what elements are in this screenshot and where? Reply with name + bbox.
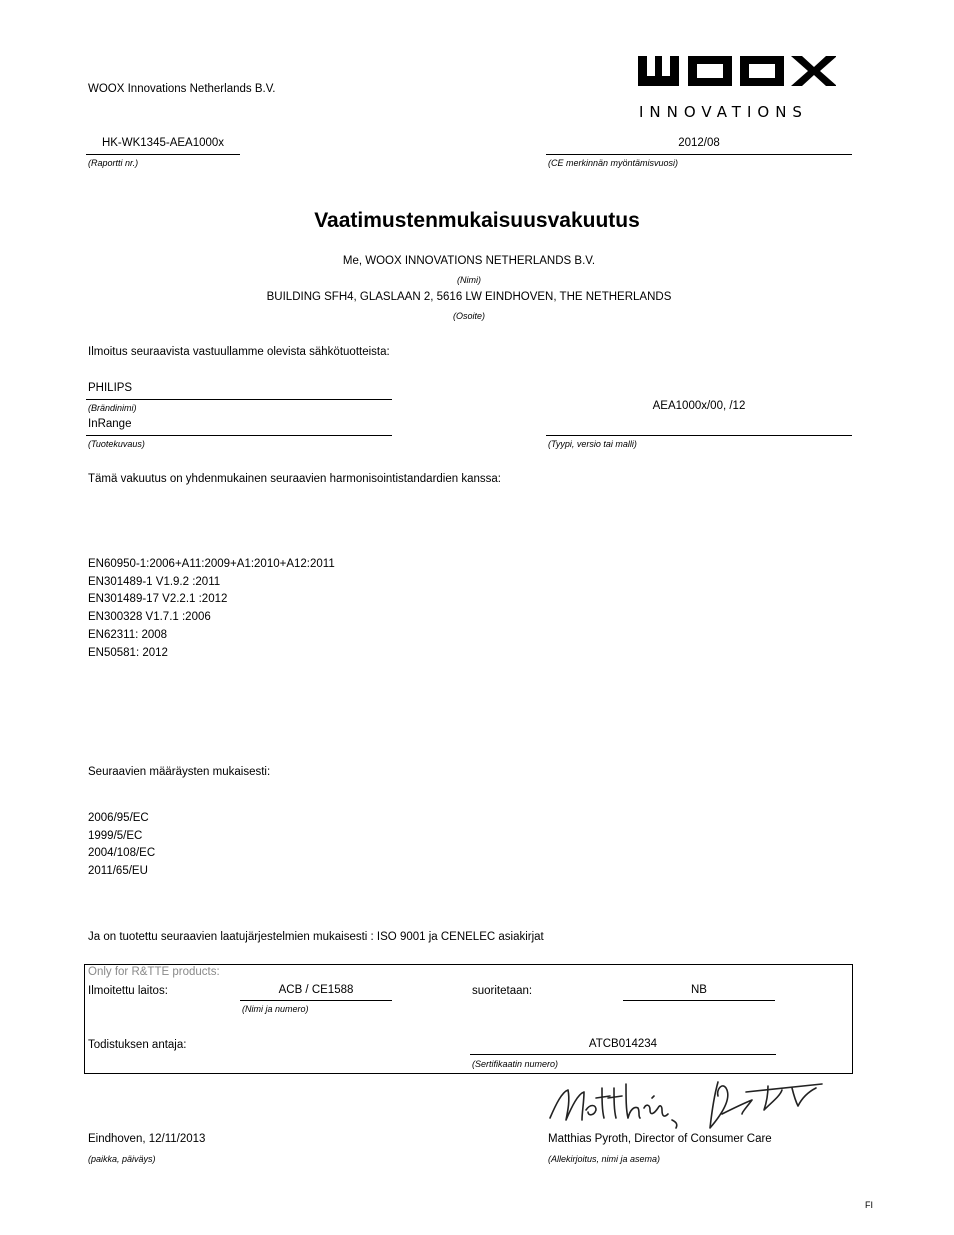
woox-logo [636,52,836,95]
report-number-hint: (Raportti nr.) [88,158,138,168]
product-type-underline [546,435,852,436]
certificate-number-underline [470,1054,776,1055]
signature-image [546,1074,836,1139]
notified-body-value: ACB / CE1588 [240,984,392,996]
product-description-hint: (Tuotekuvaus) [88,439,145,449]
declarant-address: BUILDING SFH4, GLASLAAN 2, 5616 LW EINDH… [0,291,938,303]
standard-item: EN300328 V1.7.1 :2006 [88,609,335,627]
declarant-address-hint: (Osoite) [0,311,938,321]
signatory-name: Matthias Pyroth, Director of Consumer Ca… [548,1133,772,1145]
document-title: Vaatimustenmukaisuusvakuutus [0,209,954,233]
product-description: InRange [88,418,131,430]
quality-statement: Ja on tuotettu seuraavien laatujärjestel… [88,931,544,943]
performed-underline [623,1000,775,1001]
product-brand-hint: (Brändinimi) [88,403,137,413]
performed-value: NB [623,984,775,996]
directive-item: 1999/5/EC [88,828,155,846]
language-code: FI [865,1200,873,1210]
logo-tagline: INNOVATIONS [639,103,808,121]
rtte-heading: Only for R&TTE products: [88,966,220,978]
product-type-hint: (Tyypi, versio tai malli) [548,439,637,449]
standard-item: EN301489-17 V2.2.1 :2012 [88,591,335,609]
notified-body-label: Ilmoitettu laitos: [88,985,168,997]
ce-year-hint: (CE merkinnän myöntämisvuosi) [548,158,678,168]
handwritten-signature-icon [546,1074,836,1134]
notified-body-hint: (Nimi ja numero) [242,1004,309,1014]
standards-intro: Tämä vakuutus on yhdenmukainen seuraavie… [88,473,501,485]
standard-item: EN301489-1 V1.9.2 :2011 [88,574,335,592]
standard-item: EN50581: 2012 [88,645,335,663]
place-date-hint: (paikka, päiväys) [88,1154,156,1164]
report-number: HK-WK1345-AEA1000x [88,137,238,149]
products-intro: Ilmoitus seuraavista vastuullamme olevis… [88,346,390,358]
directives-list: 2006/95/EC 1999/5/EC 2004/108/EC 2011/65… [88,810,155,881]
product-brand-underline [86,399,392,400]
ce-year-underline [546,154,852,155]
declarant-name: Me, WOOX INNOVATIONS NETHERLANDS B.V. [0,255,938,267]
directives-intro: Seuraavien määräysten mukaisesti: [88,766,270,778]
product-type: AEA1000x/00, /12 [546,400,852,412]
company-name: WOOX Innovations Netherlands B.V. [88,83,276,95]
standard-item: EN62311: 2008 [88,627,335,645]
certificate-number-hint: (Sertifikaatin numero) [472,1059,558,1069]
standards-list: EN60950-1:2006+A11:2009+A1:2010+A12:2011… [88,556,335,662]
directive-item: 2004/108/EC [88,845,155,863]
standard-item: EN60950-1:2006+A11:2009+A1:2010+A12:2011 [88,556,335,574]
place-date: Eindhoven, 12/11/2013 [88,1133,205,1145]
notified-body-underline [240,1000,392,1001]
performed-label: suoritetaan: [472,985,532,997]
product-brand: PHILIPS [88,382,132,394]
declarant-name-hint: (Nimi) [0,275,938,285]
directive-item: 2006/95/EC [88,810,155,828]
product-description-underline [86,435,392,436]
certificate-issuer-label: Todistuksen antaja: [88,1039,186,1051]
rtte-box [84,964,853,1074]
certificate-number: ATCB014234 [470,1038,776,1050]
woox-logo-mark [636,52,836,90]
directive-item: 2011/65/EU [88,863,155,881]
ce-year: 2012/08 [546,137,852,149]
signatory-hint: (Allekirjoitus, nimi ja asema) [548,1154,660,1164]
report-number-underline [86,154,240,155]
